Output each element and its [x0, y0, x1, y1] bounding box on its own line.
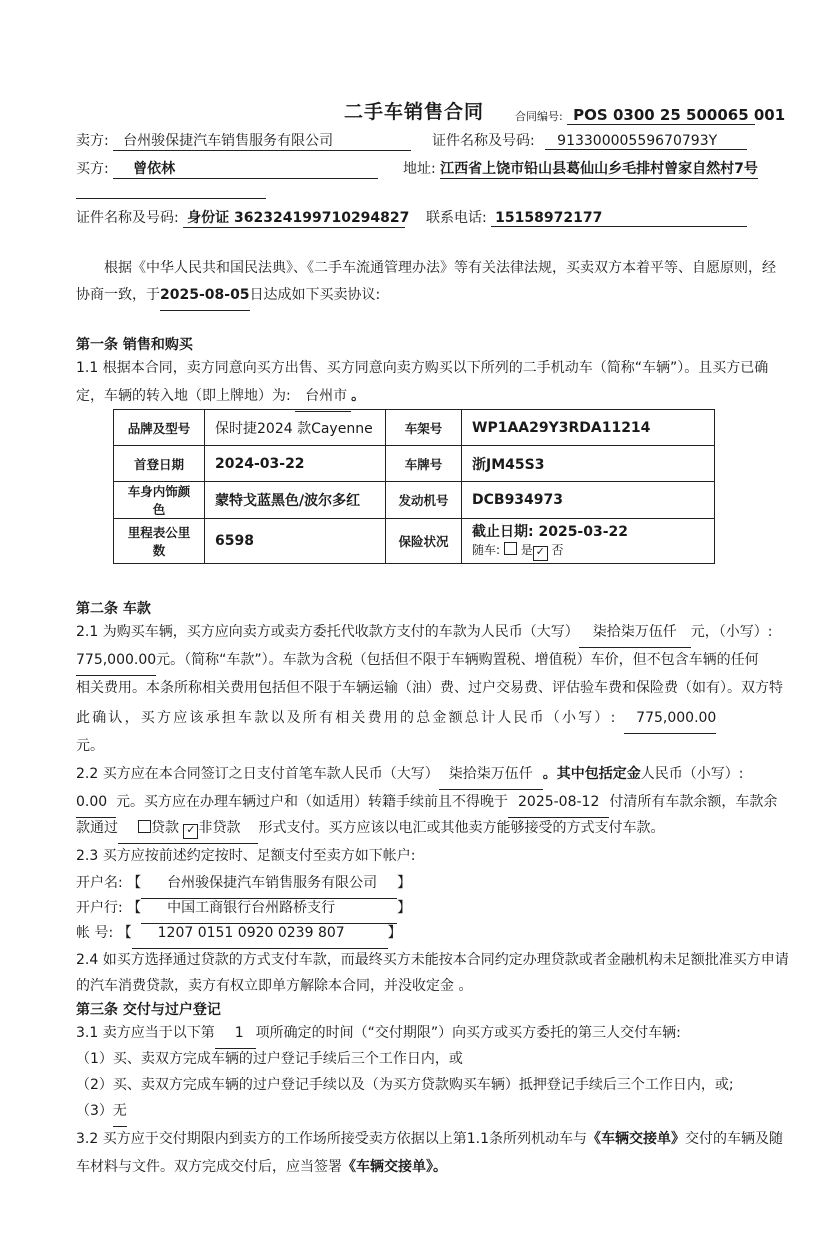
p21-text-c: 元。（简称“车款”）。车款为含税（包括但不限于车辆购置税、增值税）车价，但不包含…	[156, 652, 759, 668]
buyer-address-row: 地址: 江西省上饶市铅山县葛仙山乡毛排村曾家自然村7号	[403, 158, 758, 179]
buyer-name: 曾依林	[113, 158, 378, 179]
account-number-label: 帐 号:	[76, 925, 113, 941]
buyer-id-value: 身份证 362324199710294827	[183, 207, 405, 228]
buyer-phone-value: 15158972177	[491, 210, 747, 227]
buyer-id-label: 证件名称及号码:	[76, 210, 179, 226]
mileage-value: 6598	[205, 519, 386, 564]
preamble-line-2: 协商一致，于2025-08-05日达成如下买卖协议:	[76, 280, 380, 311]
handover-doc-name-2: 《车辆交接单》	[342, 1159, 433, 1175]
p31-text-b: 项所确定的时间（“交付期限”）向买方或买方委托的第三人交付车辆:	[256, 1025, 681, 1041]
contract-number-label: 合同编号:	[515, 110, 563, 123]
p32-text: 3.2 买方应于交付期限内到卖方的工作场所接受卖方依据以上第1.1条所列机动车与	[76, 1131, 587, 1147]
destination-value: 台州市	[295, 381, 351, 412]
article1-heading: 第一条 销售和购买	[76, 334, 193, 354]
article2-p21-line5: 元。	[76, 731, 104, 761]
table-row: 首登日期 2024-03-22 车牌号 浙JM45S3	[114, 446, 715, 482]
loan-checkbox[interactable]	[138, 820, 151, 833]
nonloan-label: 非贷款	[198, 820, 240, 836]
insurance-cell: 截止日期: 2025-03-22 随车: 是✓ 否	[462, 519, 715, 564]
p22-text-g: 形式支付。买方应该以电汇或其他卖方能够接受的方式支付车款。	[258, 820, 664, 836]
brand-model-label: 品牌及型号	[114, 410, 205, 446]
insurance-no-checkbox-checked[interactable]: ✓	[533, 546, 548, 561]
destination-end: 。	[351, 388, 365, 404]
option3-label: （3）	[76, 1103, 113, 1119]
plate-value: 浙JM45S3	[462, 446, 715, 482]
table-row: 车身内饰颜色 蒙特戈蓝黑色/波尔多红 发动机号 DCB934973	[114, 482, 715, 519]
plate-label: 车牌号	[386, 446, 462, 482]
buyer-row: 买方: 曾依林	[76, 158, 378, 179]
vin-label: 车架号	[386, 410, 462, 446]
p32-end: 。	[433, 1159, 447, 1175]
first-registration-value: 2024-03-22	[205, 446, 386, 482]
insurance-yes-checkbox[interactable]	[504, 542, 517, 555]
price-upper: 柒拾柒万伍仟	[579, 617, 691, 648]
vin-value: WP1AA29Y3RDA11214	[462, 410, 715, 446]
account-name-label: 开户名:	[76, 875, 123, 891]
p21-text: 2.1 为购买车辆，买方应向卖方或卖方委托代收款方支付的车款为人民币（大写）	[76, 624, 579, 640]
address-continuation-line	[76, 198, 266, 199]
seller-row: 卖方: 台州骏保捷汽车销售服务有限公司	[76, 130, 411, 151]
engine-no-value: DCB934973	[462, 482, 715, 519]
buyer-id-row: 证件名称及号码: 身份证 362324199710294827	[76, 207, 405, 228]
payment-method-field: 贷款 ✓非贷款	[118, 813, 258, 844]
p21-text-e: 此确认，买方应该承担车款以及所有相关费用的总金额总计人民币（小写）:	[76, 710, 618, 726]
color-value: 蒙特戈蓝黑色/波尔多红	[205, 482, 386, 519]
p31-text: 3.1 卖方应当于以下第	[76, 1025, 215, 1041]
buyer-address-value: 江西省上饶市铅山县葛仙山乡毛排村曾家自然村7号	[440, 158, 758, 179]
article2-p23: 2.3 买方应按前述约定按时、足额支付至卖方如下帐户:	[76, 841, 415, 871]
p32-text-c: 车材料与文件。双方完成交付后，应当签署	[76, 1159, 342, 1175]
total-amount: 775,000.00	[624, 703, 716, 734]
article2-p22-line3: 款通过贷款 ✓非贷款形式支付。买方应该以电汇或其他卖方能够接受的方式支付车款。	[76, 813, 664, 844]
deposit-bold: 。其中包括定金	[543, 766, 641, 782]
p22-text-c: 人民币（小写）:	[641, 766, 744, 782]
seller-id-row: 证件名称及号码: 91330000559670793Y	[432, 130, 747, 150]
article3-option2: （2）买、卖双方完成车辆的过户登记手续以及（为买方贷款购买车辆）抵押登记手续后三…	[76, 1070, 734, 1100]
buyer-label: 买方:	[76, 161, 109, 177]
article3-p32-line1: 3.2 买方应于交付期限内到卖方的工作场所接受卖方依据以上第1.1条所列机动车与…	[76, 1124, 783, 1154]
brand-model-value: 保时捷2024 款Cayenne	[205, 410, 386, 446]
p22-text-f: 款通过	[76, 820, 118, 836]
table-row: 品牌及型号 保时捷2024 款Cayenne 车架号 WP1AA29Y3RDA1…	[114, 410, 715, 446]
article3-option3: （3）无	[76, 1096, 127, 1127]
handover-doc-name: 《车辆交接单》	[587, 1131, 685, 1147]
seller-id-value: 91330000559670793Y	[545, 133, 747, 150]
contract-number-value: POS 0300 25 500065 001	[567, 106, 755, 125]
article2-p22-line1: 2.2 买方应在本合同签订之日支付首笔车款人民币（大写）柒拾柒万伍仟。其中包括定…	[76, 759, 743, 790]
table-row: 里程表公里数 6598 保险状况 截止日期: 2025-03-22 随车: 是✓…	[114, 519, 715, 564]
first-payment-upper: 柒拾柒万伍仟	[439, 759, 543, 790]
engine-no-label: 发动机号	[386, 482, 462, 519]
article3-heading: 第三条 交付与过户登记	[76, 999, 221, 1019]
article2-p21-line2: 775,000.00元。（简称“车款”）。车款为含税（包括但不限于车辆购置税、增…	[76, 645, 759, 676]
contract-number-row: 合同编号: POS 0300 25 500065 001	[515, 106, 755, 125]
with-car-label: 随车:	[472, 543, 500, 557]
p22-text-d: 元。买方应在办理车辆过户和（如适用）转籍手续前且不得晚于	[116, 794, 508, 810]
insurance-yes-label: 是	[521, 543, 533, 557]
preamble-text: 协商一致，于	[76, 287, 160, 303]
seller-id-label: 证件名称及号码:	[432, 133, 535, 149]
first-registration-label: 首登日期	[114, 446, 205, 482]
article3-p32-line2: 车材料与文件。双方完成交付后，应当签署《车辆交接单》。	[76, 1152, 447, 1182]
insurance-with-car-row: 随车: 是✓ 否	[472, 541, 704, 561]
buyer-phone-row: 联系电话: 15158972177	[426, 207, 747, 227]
p22-text-e: 付清所有车款余额，车款余	[609, 794, 777, 810]
seller-name: 台州骏保捷汽车销售服务有限公司	[113, 130, 411, 151]
article1-p1-line1: 1.1 根据本合同，卖方同意向买方出售、买方同意向卖方购买以下所列的二手机动车（…	[76, 353, 768, 383]
option3-value: 无	[113, 1096, 127, 1127]
article2-p24-line2: 的汽车消费贷款，卖方有权立即单方解除本合同，并没收定金 。	[76, 971, 472, 1001]
article2-p21-line4: 此确认，买方应该承担车款以及所有相关费用的总金额总计人民币（小写）: 775,0…	[76, 703, 716, 734]
p22-text: 2.2 买方应在本合同签订之日支付首笔车款人民币（大写）	[76, 766, 439, 782]
p32-text-b: 交付的车辆及随	[685, 1131, 783, 1147]
agreement-date: 2025-08-05	[160, 280, 250, 311]
destination-label: 定，车辆的转入地（即上牌地）为:	[76, 388, 291, 404]
mileage-label: 里程表公里数	[114, 519, 205, 564]
bank-label: 开户行:	[76, 900, 123, 916]
insurance-label: 保险状况	[386, 519, 462, 564]
article2-heading: 第二条 车款	[76, 598, 151, 618]
price-lower: 775,000.00	[76, 645, 156, 676]
buyer-address-label: 地址:	[403, 161, 436, 177]
vehicle-info-table: 品牌及型号 保时捷2024 款Cayenne 车架号 WP1AA29Y3RDA1…	[113, 409, 715, 564]
article2-p21-line3: 相关费用。本条所称相关费用包括但不限于车辆运输（油）费、过户交易费、评估验车费和…	[76, 673, 783, 703]
article2-p21-line1: 2.1 为购买车辆，买方应向卖方或卖方委托代收款方支付的车款为人民币（大写）柒拾…	[76, 617, 772, 648]
nonloan-checkbox-checked[interactable]: ✓	[183, 824, 198, 839]
article1-p1-line2: 定，车辆的转入地（即上牌地）为: 台州市。	[76, 381, 365, 412]
preamble-line-1: 根据《中华人民共和国民法典》、《二手车流通管理办法》等有关法律法规，买卖双方本着…	[104, 253, 776, 283]
insurance-expiry: 截止日期: 2025-03-22	[472, 521, 704, 541]
loan-label: 贷款	[151, 820, 179, 836]
p21-text-b: 元，（小写）:	[691, 624, 773, 640]
color-label: 车身内饰颜色	[114, 482, 205, 519]
preamble-text-end: 日达成如下买卖协议:	[250, 287, 381, 303]
buyer-phone-label: 联系电话:	[426, 210, 487, 226]
seller-label: 卖方:	[76, 133, 109, 149]
insurance-no-label: 否	[552, 543, 564, 557]
